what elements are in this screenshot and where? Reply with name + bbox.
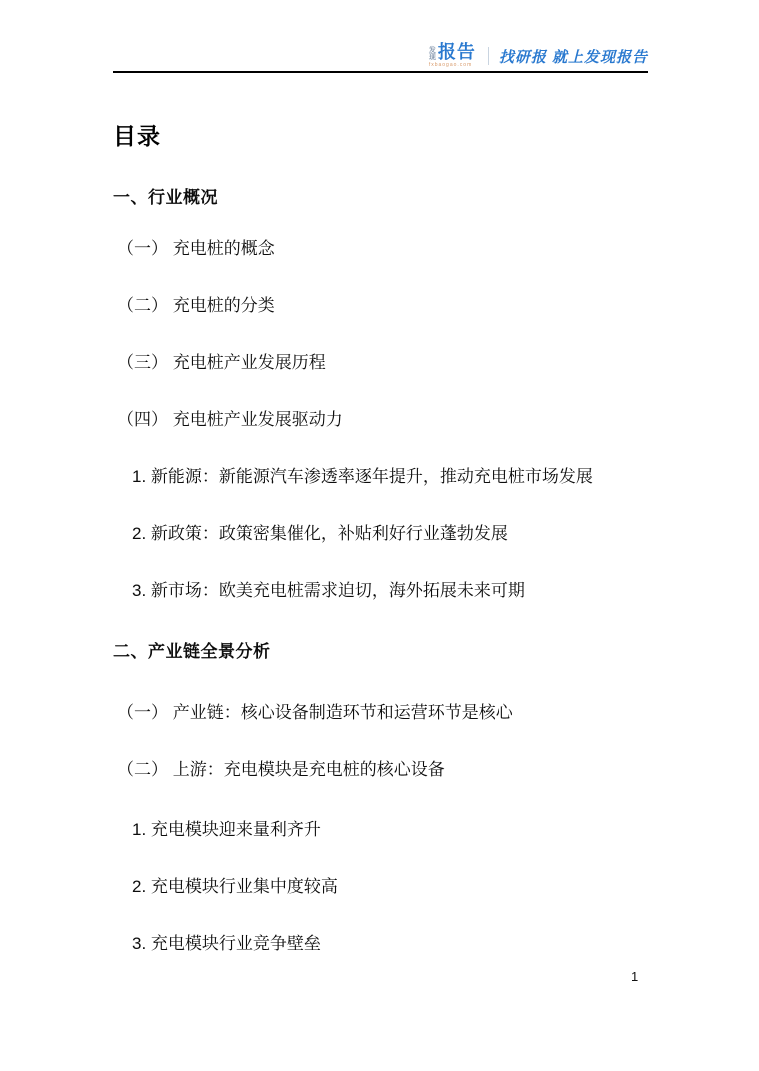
toc-entry-section-2[interactable]: 二、产业链全景分析 — [113, 637, 271, 662]
fxbaogao-logo[interactable]: 发 现 报告 fxbaogao.com — [429, 44, 476, 68]
toc-entry-1-2[interactable]: （二） 充电桩的分类 — [117, 291, 275, 316]
toc-title: 目录 — [113, 118, 161, 151]
toc-entry-1-1[interactable]: （一） 充电桩的概念 — [117, 234, 275, 259]
header-rule — [113, 71, 648, 73]
toc-entry-1-3[interactable]: （三） 充电桩产业发展历程 — [117, 348, 326, 373]
logo-prefix-stack: 发 现 — [429, 47, 436, 61]
logo-url: fxbaogao.com — [429, 62, 472, 68]
header-divider — [488, 47, 489, 65]
page-number: 1 — [631, 969, 638, 984]
logo-name: 报告 — [438, 44, 476, 61]
toc-entry-2-2[interactable]: （二） 上游：充电模块是充电桩的核心设备 — [117, 755, 445, 780]
logo-prefix-top: 发 — [429, 47, 436, 54]
logo-wordmark: 发 现 报告 — [429, 44, 476, 61]
toc-entry-2-2-2[interactable]: 2. 充电模块行业集中度较高 — [132, 872, 338, 897]
toc-entry-2-2-3[interactable]: 3. 充电模块行业竞争壁垒 — [132, 929, 321, 954]
toc-entry-1-4-3[interactable]: 3. 新市场：欧美充电桩需求迫切，海外拓展未来可期 — [132, 576, 525, 601]
header-tagline: 找研报 就上发现报告 — [499, 46, 648, 67]
toc-entry-1-4-2[interactable]: 2. 新政策：政策密集催化，补贴利好行业蓬勃发展 — [132, 519, 508, 544]
toc-entry-section-1[interactable]: 一、行业概况 — [113, 183, 218, 208]
toc-entry-2-1[interactable]: （一） 产业链：核心设备制造环节和运营环节是核心 — [117, 698, 513, 723]
logo-prefix-bottom: 现 — [429, 54, 436, 61]
page-header: 发 现 报告 fxbaogao.com 找研报 就上发现报告 — [429, 40, 648, 72]
toc-entry-1-4-1[interactable]: 1. 新能源：新能源汽车渗透率逐年提升，推动充电桩市场发展 — [132, 462, 593, 487]
toc-entry-1-4[interactable]: （四） 充电桩产业发展驱动力 — [117, 405, 343, 430]
document-page: 发 现 报告 fxbaogao.com 找研报 就上发现报告 目录 一、行业概况… — [0, 0, 759, 1071]
toc-entry-2-2-1[interactable]: 1. 充电模块迎来量利齐升 — [132, 815, 321, 840]
